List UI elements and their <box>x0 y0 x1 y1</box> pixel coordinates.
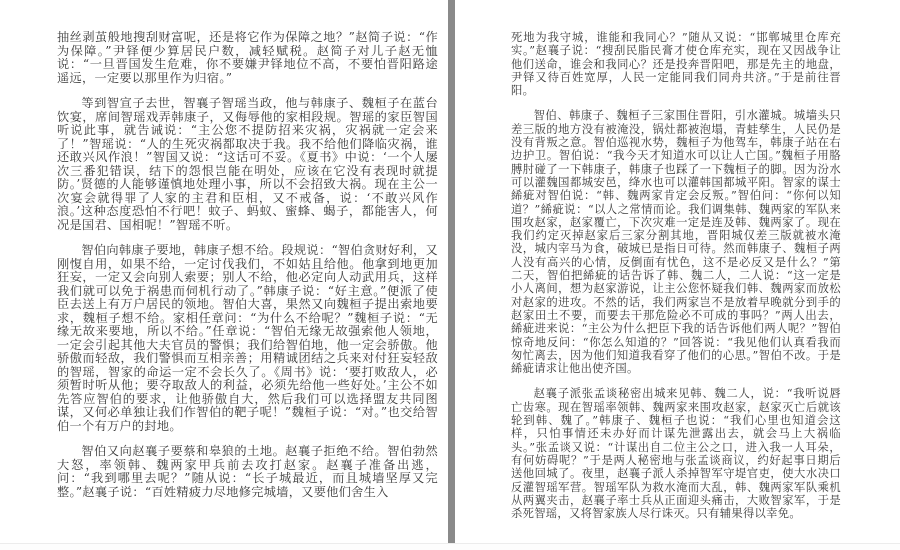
paragraph: 等到智宣子去世，智襄子智瑶当政，他与韩康子、魏桓子在蓝台饮宴，席间智瑶戏弄韩康子… <box>57 97 438 232</box>
book-spread: 抽丝剥茧般地搜刮财富呢，还是将它作为保障之地？”赵简子说：“作为保障。”尹铎便少… <box>0 0 900 550</box>
page-left-text-column: 抽丝剥茧般地搜刮财富呢，还是将它作为保障之地？”赵简子说：“作为保障。”尹铎便少… <box>57 31 438 511</box>
paragraph: 智伯又向赵襄子要蔡和皋狼的土地。赵襄子拒绝不给。智伯勃然大怒，率领韩、魏两家甲兵… <box>57 445 438 499</box>
paragraph: 死地为我守城，谁能和我同心？”随从又说：“邯郸城里仓库充实。”赵襄子说：“搜刮民… <box>511 31 841 97</box>
page-right: 死地为我守城，谁能和我同心？”随从又说：“邯郸城里仓库充实。”赵襄子说：“搜刮民… <box>455 0 900 543</box>
paragraph: 智伯向韩康子要地，韩康子想不给。段规说：“智伯贪财好利，又刚愎自用，如果不给，一… <box>57 244 438 433</box>
page-left: 抽丝剥茧般地搜刮财富呢，还是将它作为保障之地？”赵简子说：“作为保障。”尹铎便少… <box>0 0 448 543</box>
page-bottom-edge <box>0 543 900 550</box>
paragraph: 抽丝剥茧般地搜刮财富呢，还是将它作为保障之地？”赵简子说：“作为保障。”尹铎便少… <box>57 31 438 85</box>
page-right-text-column: 死地为我守城，谁能和我同心？”随从又说：“邯郸城里仓库充实。”赵襄子说：“搜刮民… <box>511 31 841 532</box>
page-divider-bar <box>448 0 455 543</box>
paragraph: 智伯、韩康子、魏桓子三家围住晋阳，引水灌城。城墙头只差三版的地方没有被淹没，锅灶… <box>511 109 841 375</box>
paragraph: 赵襄子派张孟谈秘密出城来见韩、魏二人，说：“我听说唇亡齿寒。现在智瑶率领韩、魏两… <box>511 387 841 520</box>
